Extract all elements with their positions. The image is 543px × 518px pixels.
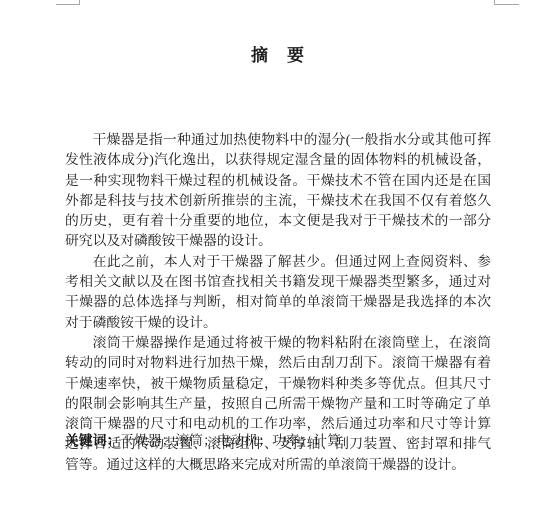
keywords-text: 干燥器；滚筒；电动机；功率；计算 <box>120 433 341 448</box>
paragraph-2: 在此之前，本人对于干燥器了解甚少。但通过网上查阅资料、参考相关文献以及在图书馆查… <box>65 252 491 333</box>
document-page: 摘 要 干燥器是指一种通过加热使物料中的湿分(一般指水分或其他可挥发性液体成分)… <box>0 0 543 518</box>
keywords-label: 关键词： <box>65 433 120 448</box>
crop-mark-top-left-icon <box>56 4 80 5</box>
keywords-line: 关键词：干燥器；滚筒；电动机；功率；计算 <box>65 431 491 451</box>
abstract-title: 摘 要 <box>65 41 491 66</box>
crop-mark-top-right-icon <box>494 4 519 5</box>
paragraph-1: 干燥器是指一种通过加热使物料中的湿分(一般指水分或其他可挥发性液体成分)汽化逸出… <box>65 130 491 252</box>
crop-mark-top-right-icon <box>494 0 495 5</box>
paragraph-3: 滚筒干燥器操作是通过将被干燥的物料粘附在滚筒壁上，在滚筒转动的同时对物料进行加热… <box>65 333 491 475</box>
abstract-body: 干燥器是指一种通过加热使物料中的湿分(一般指水分或其他可挥发性液体成分)汽化逸出… <box>65 130 491 475</box>
crop-mark-top-left-icon <box>79 0 80 5</box>
